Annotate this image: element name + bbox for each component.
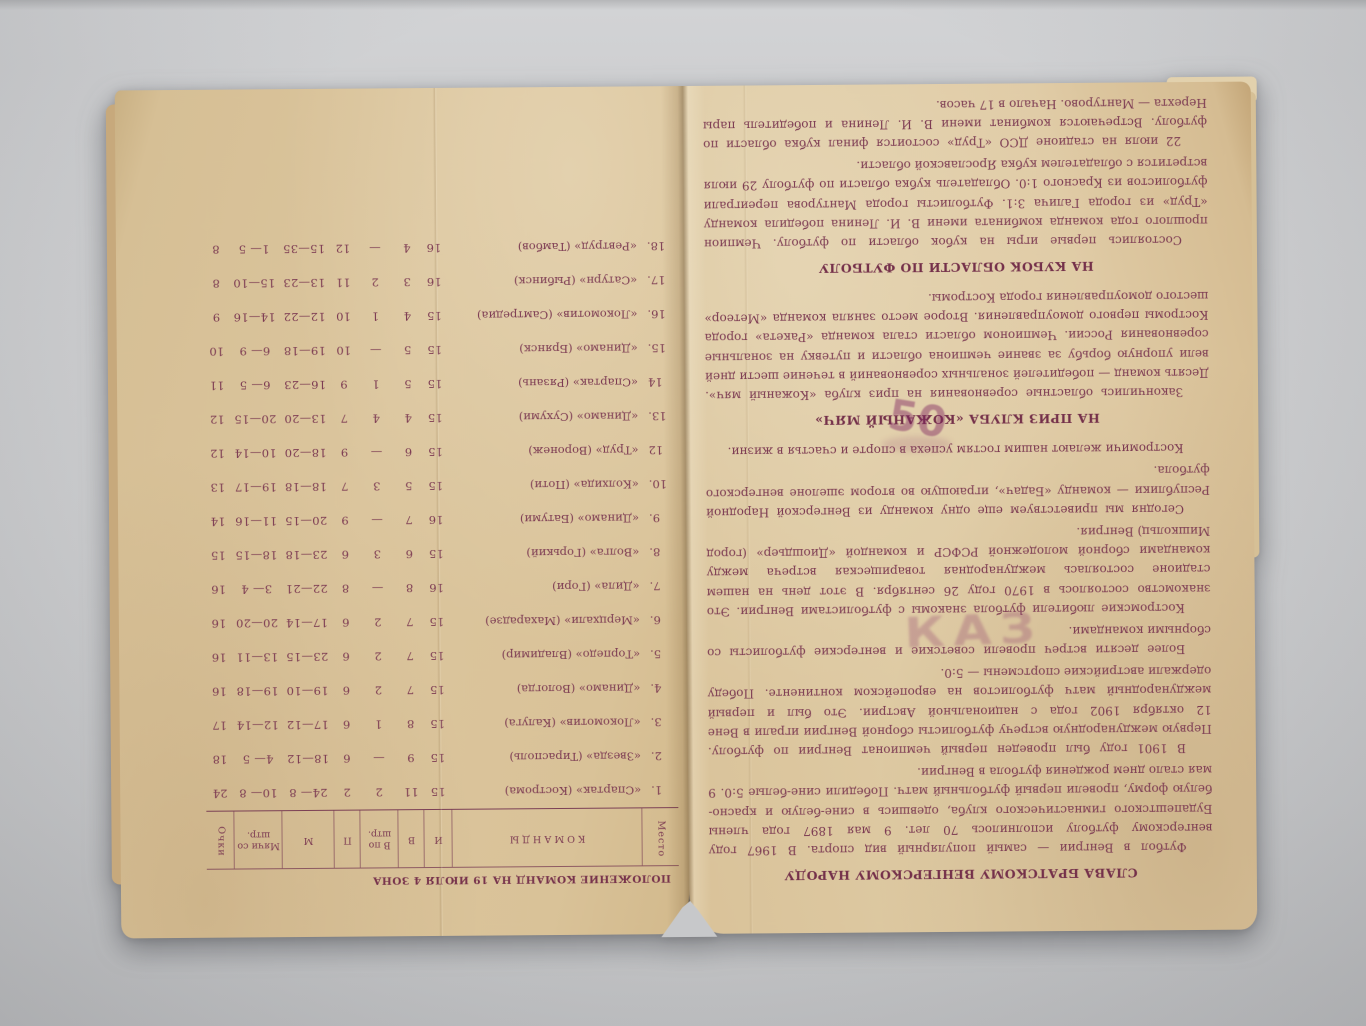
row-losses: 6 bbox=[333, 606, 359, 640]
row-games: 15 bbox=[421, 401, 449, 435]
row-games: 16 bbox=[422, 571, 450, 605]
row-games: 15 bbox=[422, 537, 450, 571]
row-wins: 5 bbox=[396, 469, 422, 503]
row-team: «Колхида» (Поти) bbox=[450, 467, 640, 502]
row-place: 2. bbox=[642, 739, 678, 773]
standings-row: 8. «Волга» (Горький) 15 6 3 6 23—18 18—1… bbox=[204, 535, 676, 573]
row-losses: 10 bbox=[331, 334, 357, 368]
row-place: 14 bbox=[639, 365, 675, 399]
row-penalty-wins: 2 bbox=[360, 775, 398, 810]
row-penalty-wins: 1 bbox=[357, 367, 395, 401]
col-goals: М bbox=[282, 810, 334, 868]
row-points: 12 bbox=[203, 437, 231, 471]
row-penalty-wins: — bbox=[356, 231, 394, 265]
heading-hungary: СЛАВА БРАТСКОМУ ВЕНГЕРСКОМУ НАРОДУ bbox=[709, 865, 1213, 884]
row-team: «Динамо» (Брянск) bbox=[449, 331, 639, 366]
row-points: 18 bbox=[206, 743, 234, 777]
row-points: 8 bbox=[202, 267, 230, 301]
heading-leather-ball: НА ПРИЗ КЛУБА «КОЖАНЫЙ МЯЧ» bbox=[705, 410, 1209, 429]
standings-row: 3. «Локомотив» (Калуга) 15 8 1 6 17—12 1… bbox=[206, 705, 678, 743]
row-games: 15 bbox=[422, 469, 450, 503]
row-penalty-goals: 6— 5 bbox=[231, 368, 279, 402]
row-points: 16 bbox=[205, 675, 233, 709]
row-goals: 23—15 bbox=[281, 640, 333, 674]
standings-row: 15. «Динамо» (Брянск) 15 5 — 10 19—18 6—… bbox=[203, 331, 675, 369]
row-losses: 9 bbox=[331, 368, 357, 402]
row-wins: 7 bbox=[396, 503, 422, 537]
row-losses: 10 bbox=[330, 300, 356, 334]
row-place: 8. bbox=[640, 535, 676, 569]
paragraph: Костромичи желают нашим гостям успеха в … bbox=[705, 438, 1209, 461]
row-penalty-wins: 2 bbox=[356, 265, 394, 299]
row-penalty-wins: — bbox=[358, 503, 396, 537]
standings-row: 16. «Локомотив» (Самтредиа) 15 4 1 10 12… bbox=[202, 297, 674, 335]
row-goals: 18—12 bbox=[282, 742, 334, 776]
row-games: 15 bbox=[423, 605, 451, 639]
row-wins: 7 bbox=[397, 605, 423, 639]
standings-row: 17. «Сатурн» (Рыбинск) 16 3 2 11 13—23 1… bbox=[202, 263, 674, 301]
row-losses: 6 bbox=[334, 708, 360, 742]
row-losses: 9 bbox=[332, 504, 358, 538]
row-goals: 18—18 bbox=[280, 470, 332, 504]
row-wins: 6 bbox=[395, 435, 421, 469]
row-goals: 18—20 bbox=[279, 436, 331, 470]
standings-row: 4. «Динамо» (Вологда) 15 7 2 6 19—10 19—… bbox=[205, 671, 677, 709]
row-penalty-goals: 15—10 bbox=[230, 266, 278, 300]
row-place: 1. bbox=[642, 773, 678, 808]
row-penalty-wins: — bbox=[357, 333, 395, 367]
row-team: «Сатурн» (Рыбинск) bbox=[448, 263, 638, 298]
col-points: Очки bbox=[206, 811, 234, 869]
row-penalty-goals: 18—15 bbox=[232, 538, 280, 572]
col-losses: П bbox=[334, 810, 360, 868]
row-penalty-wins: — bbox=[358, 571, 396, 605]
row-goals: 22—21 bbox=[280, 572, 332, 606]
row-team: «Спартак» (Рязань) bbox=[449, 365, 639, 400]
row-losses: 2 bbox=[334, 776, 360, 811]
row-team: «Локомотив» (Самтредиа) bbox=[448, 297, 638, 332]
col-games: И bbox=[424, 809, 452, 867]
row-wins: 4 bbox=[395, 401, 421, 435]
row-place: 16. bbox=[638, 297, 674, 331]
row-place: 13. bbox=[639, 399, 675, 433]
col-place: Место bbox=[642, 808, 678, 866]
row-wins: 8 bbox=[398, 707, 424, 741]
row-points: 15 bbox=[204, 539, 232, 573]
row-losses: 6 bbox=[333, 674, 359, 708]
right-page: СЛАВА БРАТСКОМУ ВЕНГЕРСКОМУ НАРОДУ Футбо… bbox=[683, 82, 1258, 934]
row-penalty-goals: 3— 4 bbox=[232, 572, 280, 606]
row-place: 3. bbox=[642, 705, 678, 739]
row-penalty-goals: 6— 9 bbox=[231, 334, 279, 368]
row-penalty-goals: 10— 8 bbox=[234, 776, 282, 811]
row-points: 12 bbox=[203, 403, 231, 437]
row-goals: 17—14 bbox=[281, 606, 333, 640]
row-goals: 13—23 bbox=[278, 266, 330, 300]
standings-row: 18. «Ревтруд» (Тамбов) 16 4 — 12 15—35 1… bbox=[202, 229, 674, 267]
paragraph: Костромские любители футбола знакомы с ф… bbox=[706, 521, 1211, 621]
row-penalty-wins: — bbox=[357, 435, 395, 469]
row-team: «Динамо» (Сухуми) bbox=[449, 399, 639, 434]
row-losses: 7 bbox=[331, 402, 357, 436]
row-points: 24 bbox=[206, 777, 234, 812]
col-teams: К О М А Н Д Ы bbox=[452, 808, 642, 867]
standings-row: 14 «Спартак» (Рязань) 15 5 1 9 16—23 6— … bbox=[203, 365, 675, 403]
row-team: «Ревтруд» (Тамбов) bbox=[448, 229, 638, 264]
row-wins: 4 bbox=[394, 299, 420, 333]
left-page-content: ПОЛОЖЕНИЕ КОМАНД НА 19 ИЮЛЯ 4 ЗОНА Место… bbox=[115, 86, 690, 938]
row-points: 16 bbox=[204, 573, 232, 607]
row-points: 16 bbox=[205, 641, 233, 675]
row-games: 15 bbox=[423, 639, 451, 673]
row-wins: 6 bbox=[396, 537, 422, 571]
row-penalty-goals: 10—14 bbox=[231, 436, 279, 470]
row-penalty-goals: 13—11 bbox=[233, 640, 281, 674]
row-penalty-goals: 14—16 bbox=[230, 300, 278, 334]
row-games: 16 bbox=[420, 231, 448, 265]
row-games: 15 bbox=[421, 333, 449, 367]
row-place: 12 bbox=[639, 433, 675, 467]
row-goals: 12—22 bbox=[278, 300, 330, 334]
row-games: 15 bbox=[424, 707, 452, 741]
paragraph: В 1901 году был проведен первый чемпиона… bbox=[707, 661, 1212, 761]
row-team: «Звезда» (Тирасполь) bbox=[452, 739, 642, 774]
row-wins: 9 bbox=[398, 741, 424, 775]
row-penalty-goals: 11—16 bbox=[232, 504, 280, 538]
row-penalty-goals: 20—15 bbox=[231, 402, 279, 436]
row-wins: 8 bbox=[396, 571, 422, 605]
row-points: 9 bbox=[202, 301, 230, 335]
paragraph: Закончились областные соревнования на пр… bbox=[704, 286, 1209, 405]
row-wins: 3 bbox=[394, 265, 420, 299]
row-goals: 19—18 bbox=[279, 334, 331, 368]
row-penalty-goals: 19—18 bbox=[233, 674, 281, 708]
standings-row: 10. «Колхида» (Поти) 15 5 3 7 18—18 19—1… bbox=[204, 467, 676, 505]
standings-row: 9. «Динамо» (Батуми) 16 7 — 9 20—15 11—1… bbox=[204, 501, 676, 539]
row-penalty-wins: 2 bbox=[359, 605, 397, 639]
row-goals: 23—18 bbox=[280, 538, 332, 572]
row-losses: 12 bbox=[330, 232, 356, 266]
row-place: 17. bbox=[638, 263, 674, 297]
col-penalty-wins: В по штр. bbox=[360, 810, 398, 868]
row-place: 18. bbox=[638, 229, 674, 263]
row-goals: 13—20 bbox=[279, 402, 331, 436]
row-goals: 15—35 bbox=[278, 232, 330, 266]
row-losses: 7 bbox=[332, 470, 358, 504]
paragraph: Сегодня мы приветствуем еще одну команду… bbox=[706, 460, 1210, 522]
row-team: «Мерцхали» (Махарадзе) bbox=[451, 603, 641, 638]
row-losses: 11 bbox=[330, 266, 356, 300]
row-goals: 24— 8 bbox=[282, 776, 334, 811]
standings-row: 2. «Звезда» (Тирасполь) 15 9 — 6 18—12 4… bbox=[206, 739, 678, 777]
row-points: 13 bbox=[204, 471, 232, 505]
row-points: 17 bbox=[206, 709, 234, 743]
row-penalty-wins: 1 bbox=[356, 299, 394, 333]
row-penalty-wins: 3 bbox=[358, 537, 396, 571]
row-penalty-goals: 4— 5 bbox=[234, 742, 282, 776]
row-penalty-goals: 20—20 bbox=[233, 606, 281, 640]
row-losses: 8 bbox=[332, 572, 358, 606]
standings-title: ПОЛОЖЕНИЕ КОМАНД НА 19 ИЮЛЯ 4 ЗОНА bbox=[209, 872, 671, 888]
row-points: 16 bbox=[205, 607, 233, 641]
left-page: ПОЛОЖЕНИЕ КОМАНД НА 19 ИЮЛЯ 4 ЗОНА Место… bbox=[115, 86, 690, 938]
row-place: 9. bbox=[640, 501, 676, 535]
row-team: «Волга» (Горький) bbox=[450, 535, 640, 570]
row-penalty-wins: 3 bbox=[358, 469, 396, 503]
row-wins: 7 bbox=[397, 673, 423, 707]
row-penalty-wins: — bbox=[360, 741, 398, 775]
standings-header-row: Место К О М А Н Д Ы И В В по штр. П М Мя… bbox=[206, 808, 678, 870]
row-wins: 5 bbox=[395, 367, 421, 401]
row-penalty-goals: 19—17 bbox=[232, 470, 280, 504]
row-wins: 7 bbox=[397, 639, 423, 673]
row-points: 10 bbox=[203, 335, 231, 369]
row-team: «Торпедо» (Владимир) bbox=[451, 637, 641, 672]
row-losses: 6 bbox=[333, 640, 359, 674]
row-games: 16 bbox=[420, 265, 448, 299]
standings-row: 1. «Спартак» (Кострома) 15 11 2 2 24— 8 … bbox=[206, 773, 678, 811]
row-games: 15 bbox=[424, 741, 452, 775]
row-team: «Дила» (Гори) bbox=[450, 569, 640, 604]
row-wins: 5 bbox=[395, 333, 421, 367]
row-games: 15 bbox=[424, 775, 452, 810]
programme-spread: ПОЛОЖЕНИЕ КОМАНД НА 19 ИЮЛЯ 4 ЗОНА Место… bbox=[115, 82, 1258, 939]
right-page-content: СЛАВА БРАТСКОМУ ВЕНГЕРСКОМУ НАРОДУ Футбо… bbox=[683, 82, 1258, 934]
row-place: 4. bbox=[641, 671, 677, 705]
col-wins: В bbox=[398, 810, 424, 868]
row-wins: 4 bbox=[394, 231, 420, 265]
row-points: 8 bbox=[202, 233, 230, 267]
row-points: 14 bbox=[204, 505, 232, 539]
standings-row: 13. «Динамо» (Сухуми) 15 4 4 7 13—20 20—… bbox=[203, 399, 675, 437]
row-goals: 16—23 bbox=[279, 368, 331, 402]
paragraph: Более десяти встреч провели советские и … bbox=[707, 620, 1211, 662]
row-penalty-wins: 2 bbox=[359, 639, 397, 673]
row-games: 16 bbox=[422, 503, 450, 537]
row-goals: 17—12 bbox=[282, 708, 334, 742]
row-wins: 11 bbox=[398, 775, 424, 810]
row-penalty-goals: 12—14 bbox=[234, 708, 282, 742]
standings-row: 7. «Дила» (Гори) 16 8 — 8 22—21 3— 4 16 bbox=[204, 569, 676, 607]
row-place: 6. bbox=[641, 603, 677, 637]
standings-row: 6. «Мерцхали» (Махарадзе) 15 7 2 6 17—14… bbox=[205, 603, 677, 641]
col-penalty-goals: Мячи со штр. bbox=[234, 811, 282, 869]
row-games: 15 bbox=[421, 367, 449, 401]
row-losses: 9 bbox=[331, 436, 357, 470]
row-place: 5. bbox=[641, 637, 677, 671]
row-goals: 20—15 bbox=[280, 504, 332, 538]
standings-table: Место К О М А Н Д Ы И В В по штр. П М Мя… bbox=[202, 229, 679, 870]
row-penalty-wins: 2 bbox=[359, 673, 397, 707]
row-team: «Спартак» (Кострома) bbox=[452, 773, 642, 809]
row-goals: 19—10 bbox=[281, 674, 333, 708]
row-losses: 6 bbox=[334, 742, 360, 776]
row-team: «Динамо» (Батуми) bbox=[450, 501, 640, 536]
standings-row: 5. «Торпедо» (Владимир) 15 7 2 6 23—15 1… bbox=[205, 637, 677, 675]
row-team: «Динамо» (Вологда) bbox=[451, 671, 641, 706]
row-place: 10. bbox=[640, 467, 676, 501]
standings-row: 12 «Труд» (Воронеж) 15 6 — 9 18—20 10—14… bbox=[203, 433, 675, 471]
row-penalty-goals: 1— 5 bbox=[230, 232, 278, 266]
row-games: 15 bbox=[421, 435, 449, 469]
paragraph: Футбол в Венгрии — самый популярный вид … bbox=[708, 760, 1213, 860]
row-team: «Локомотив» (Калуга) bbox=[452, 705, 642, 740]
row-penalty-wins: 1 bbox=[360, 707, 398, 741]
paragraph: 22 июля на стадионе ДСО «Труд» состоится… bbox=[703, 92, 1207, 154]
row-games: 15 bbox=[420, 299, 448, 333]
row-points: 11 bbox=[203, 369, 231, 403]
paragraph: Состоялись первые игры на кубок области … bbox=[703, 153, 1208, 253]
row-penalty-wins: 4 bbox=[357, 401, 395, 435]
heading-region-cup: НА КУБОК ОБЛАСТИ ПО ФУТБОЛУ bbox=[704, 258, 1208, 277]
row-place: 15. bbox=[639, 331, 675, 365]
row-place: 7. bbox=[640, 569, 676, 603]
row-team: «Труд» (Воронеж) bbox=[449, 433, 639, 468]
row-losses: 6 bbox=[332, 538, 358, 572]
row-games: 15 bbox=[423, 673, 451, 707]
